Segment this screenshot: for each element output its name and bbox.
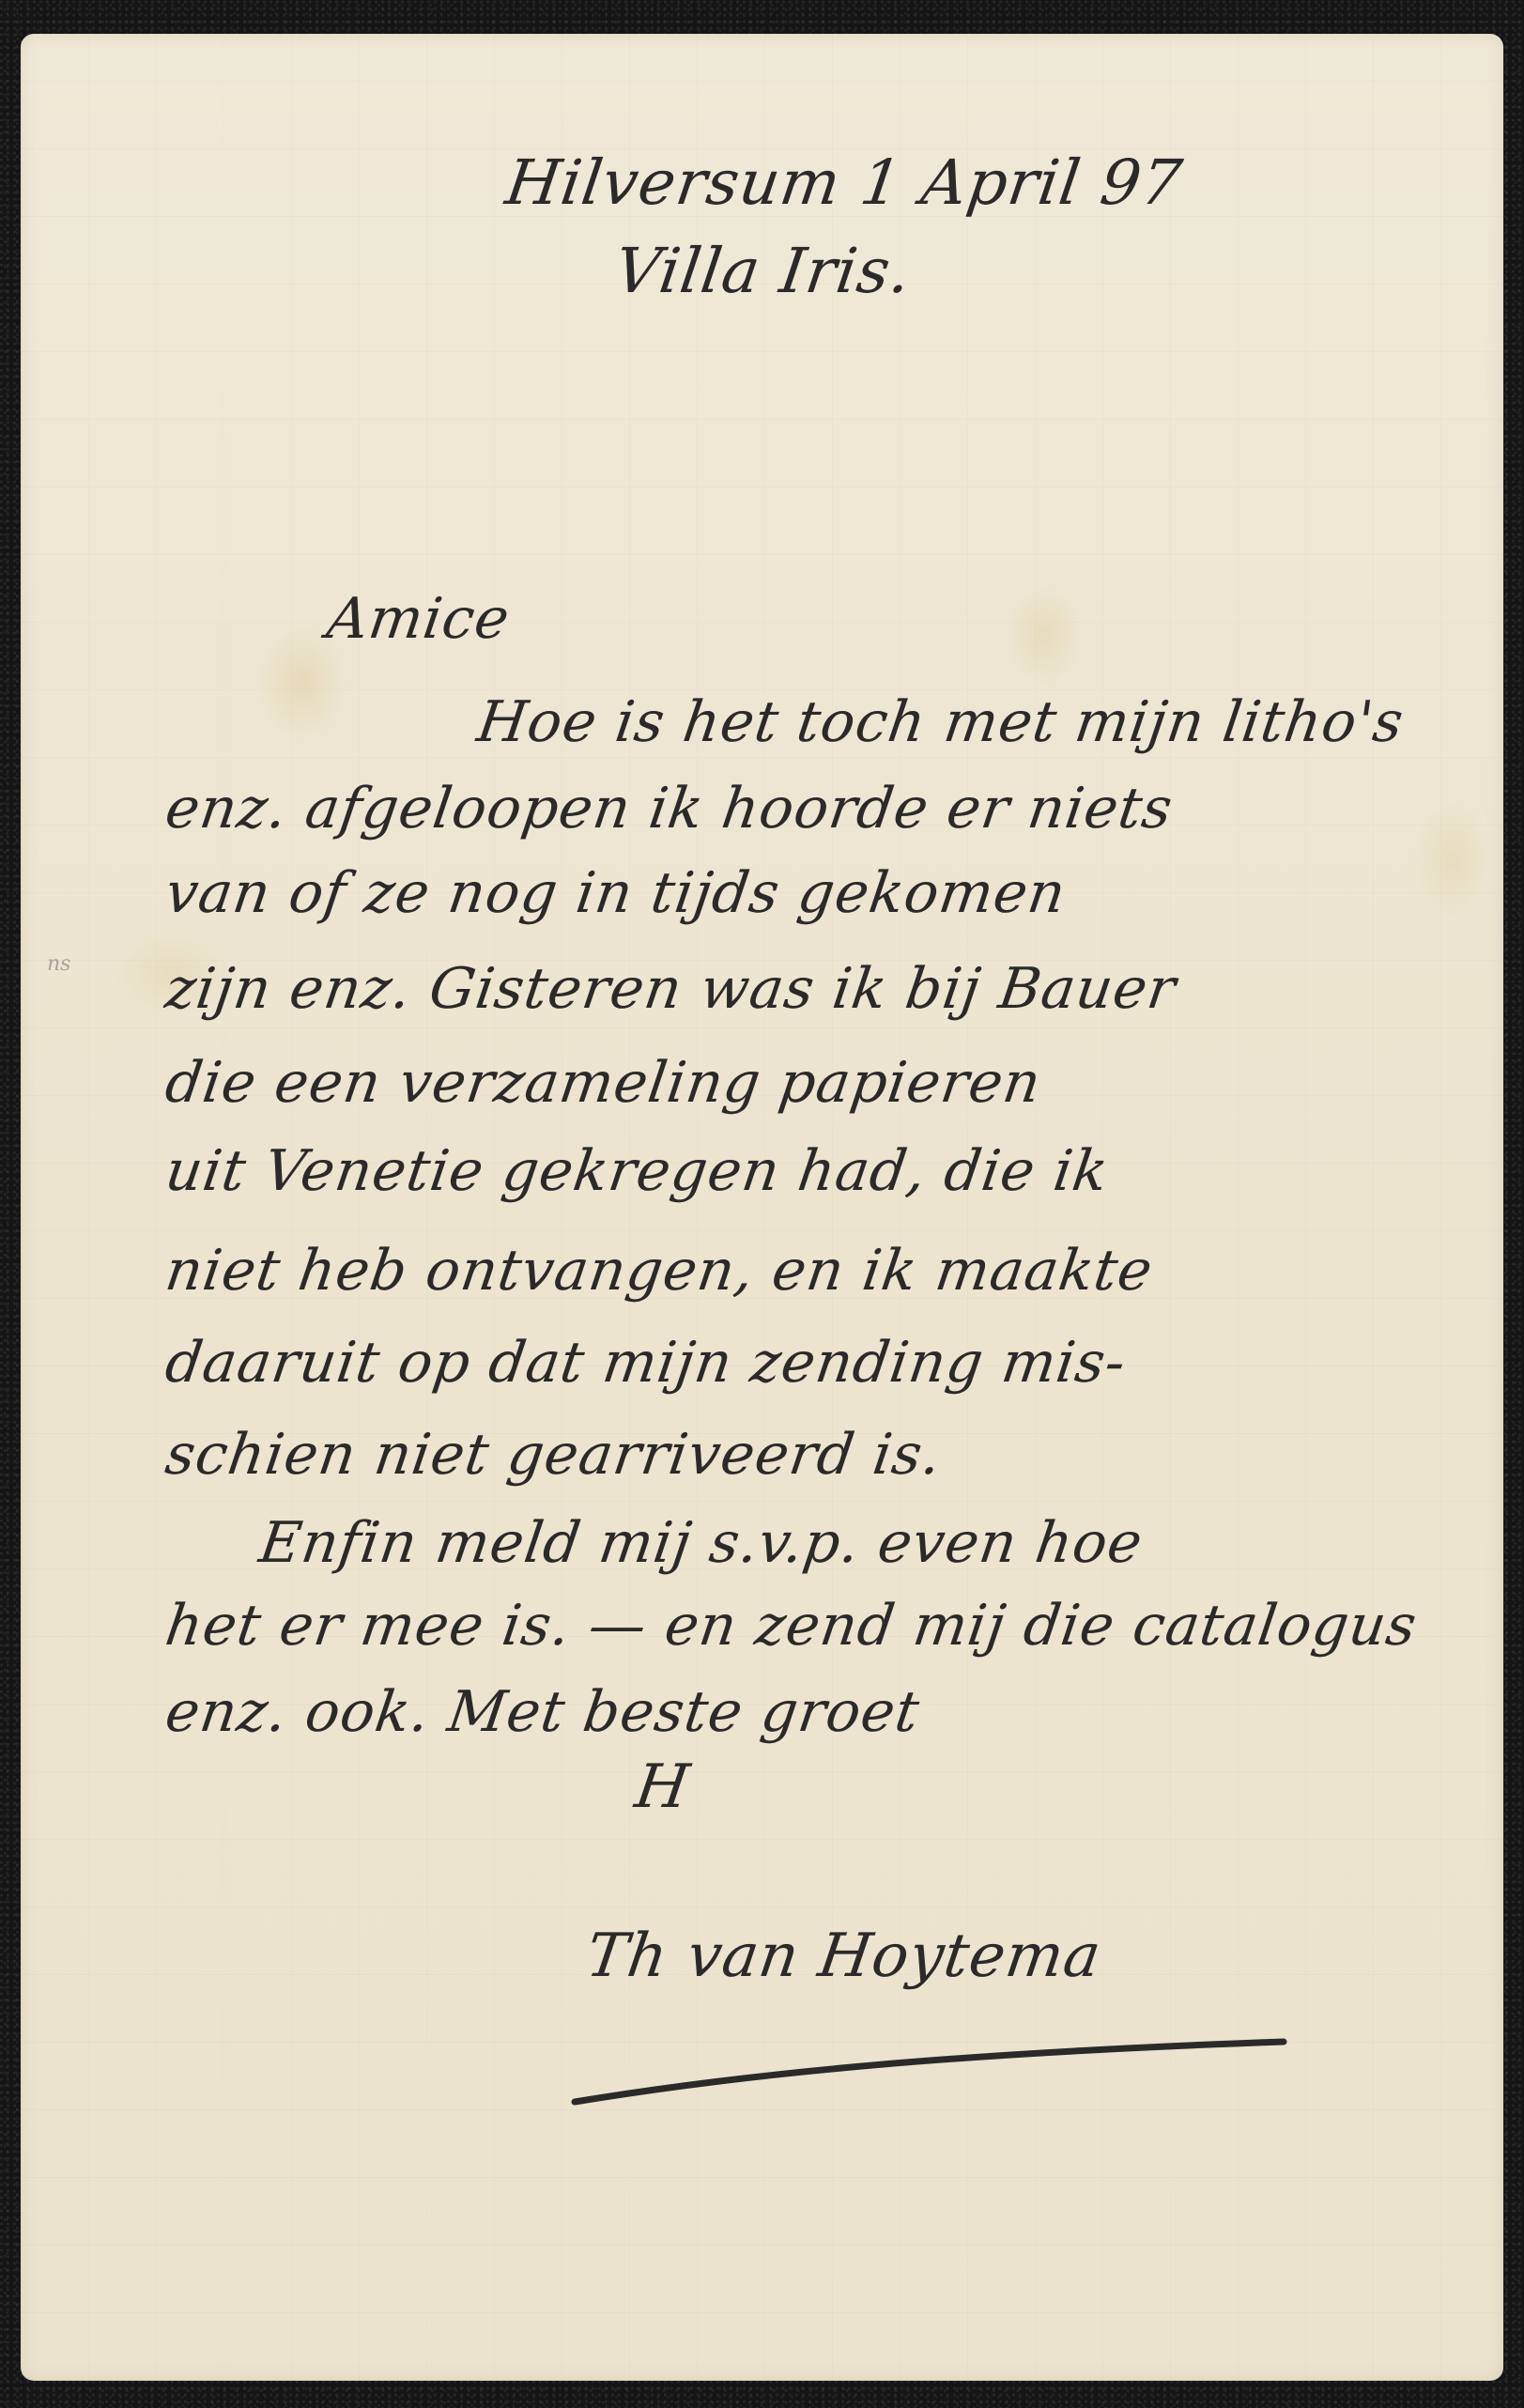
letter-line: die een verzameling papieren — [162, 1050, 1045, 1116]
margin-pencil-note: ns — [47, 952, 70, 976]
letter-line: daaruit op dat mijn zending mis- — [162, 1330, 1130, 1396]
letter-line: Hoe is het toch met mijn litho's — [473, 689, 1408, 755]
letter-line: Enfin meld mij s.v.p. even hoe — [255, 1510, 1147, 1576]
letter-line: zijn enz. Gisteren was ik bij Bauer — [162, 956, 1180, 1022]
letter-address: Villa Iris. — [610, 235, 916, 307]
letter-line: enz. ook. Met beste groet — [162, 1679, 924, 1745]
letter-place-date: Hilversum 1 April 97 — [501, 147, 1187, 219]
letter-line: schien niet gearriveerd is. — [162, 1422, 946, 1488]
letter-sheet: ns Hilversum 1 April 97 Villa Iris. Amic… — [21, 34, 1503, 2381]
letter-line: niet heb ontvangen, en ik maakte — [162, 1238, 1157, 1304]
letter-line: van of ze nog in tijds gekomen — [162, 860, 1070, 926]
signature-underline-flourish — [570, 2034, 1293, 2109]
signature: Th van Hoytema — [582, 1922, 1105, 1991]
letter-line: uit Venetie gekregen had, die ik — [162, 1138, 1113, 1204]
letter-line: het er mee is. — en zend mij die catalog… — [162, 1593, 1421, 1659]
letter-salutation: Amice — [323, 586, 514, 652]
letter-line: enz. afgeloopen ik hoorde er niets — [162, 776, 1177, 841]
closing-initial: H — [631, 1752, 694, 1822]
